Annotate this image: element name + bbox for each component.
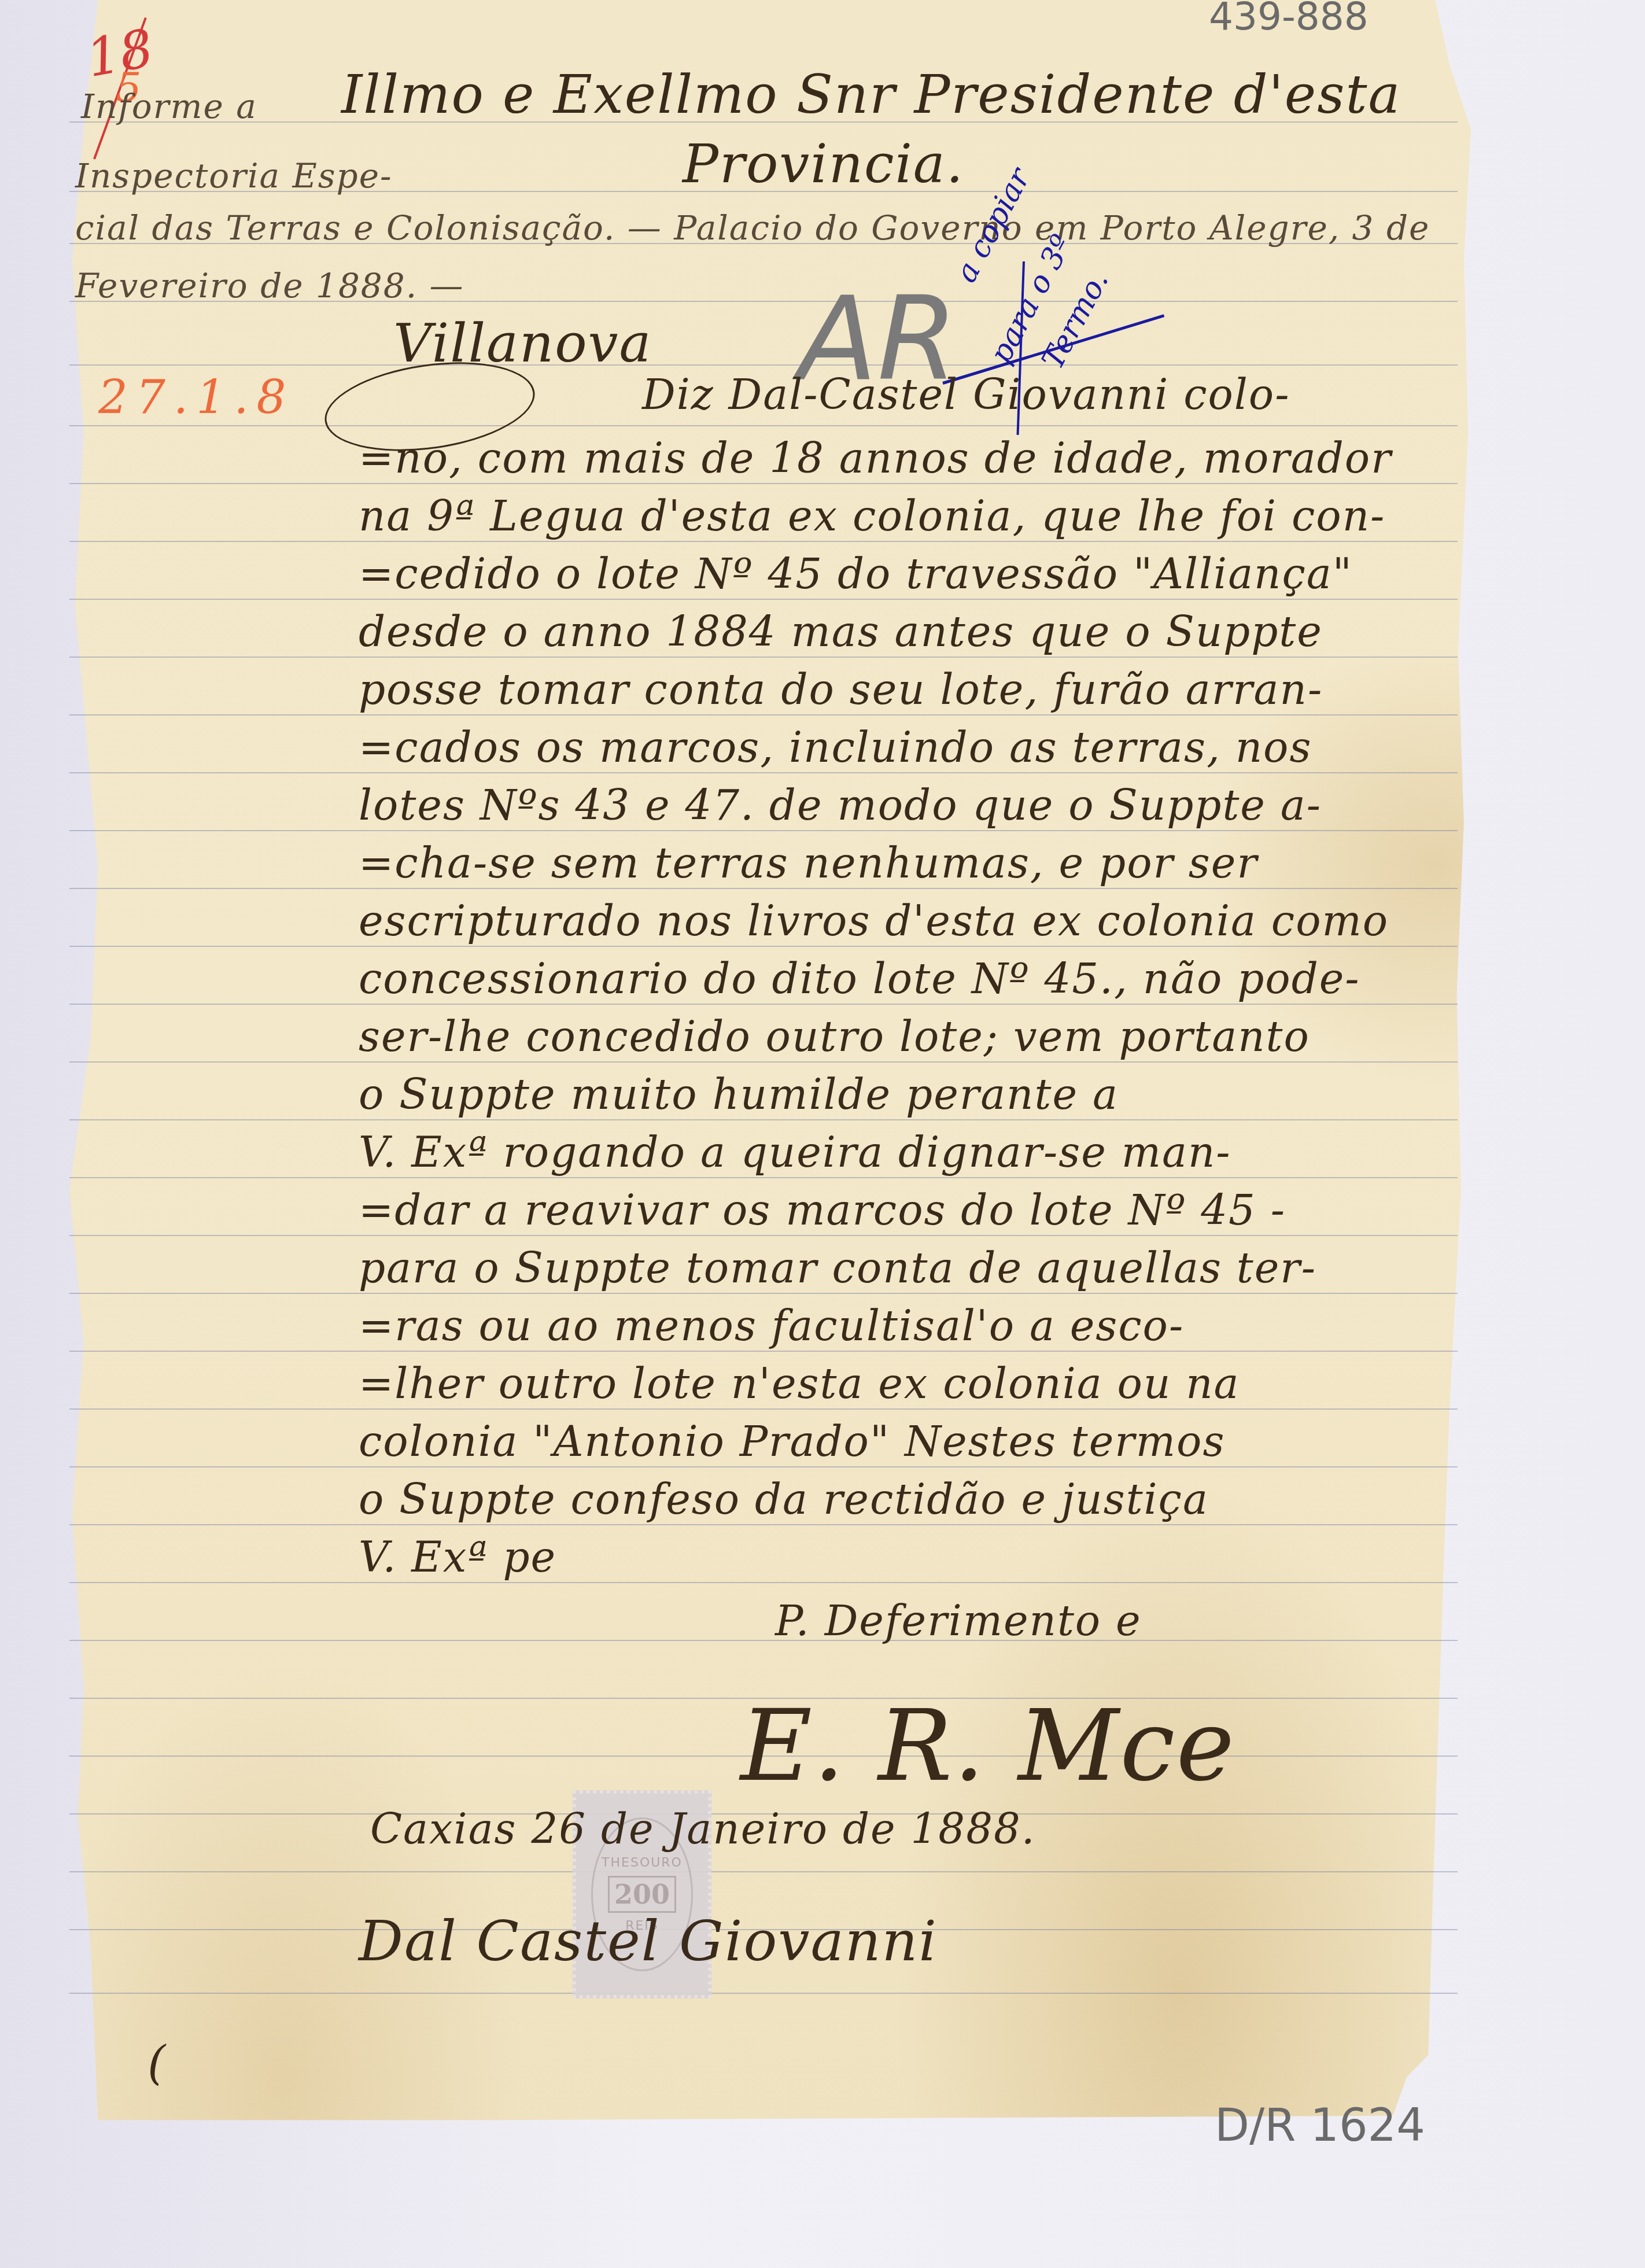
body-line-11: concessionario do dito lote Nº 45., não … [359, 954, 1360, 1003]
body-line-18: =lher outro lote n'esta ex colonia ou na [359, 1359, 1240, 1408]
body-line-6: posse tomar conta do seu lote, furão arr… [359, 665, 1323, 714]
body-line-4: =cedido o lote Nº 45 do travessão "Allia… [359, 550, 1353, 598]
closing-line-2: E. R. Mce [740, 1689, 1235, 1804]
petitioner-signature: Dal Castel Giovanni [359, 1909, 938, 1974]
body-line-2: =no, com mais de 18 annos de idade, mora… [359, 434, 1392, 482]
body-line-13: o Suppte muito humilde perante a [359, 1070, 1119, 1119]
dispatch-line-1: Informe a [81, 87, 257, 126]
stamp-value: 200 [608, 1876, 676, 1913]
body-line-14: V. Exª rogando a queira dignar-se man- [359, 1128, 1231, 1177]
dispatch-line-2: Inspectoria Espe- [75, 156, 393, 196]
stray-ink-mark: ( [147, 2036, 167, 2090]
body-line-3: na 9ª Legua d'esta ex colonia, que lhe f… [359, 492, 1385, 540]
body-line-16: para o Suppte tomar conta de aquellas te… [359, 1244, 1316, 1292]
body-line-5: desde o anno 1884 mas antes que o Suppte [359, 607, 1323, 656]
body-line-21: V. Exª pe [359, 1533, 556, 1581]
margin-note-red-lower: 27.1.8 [98, 370, 294, 424]
stamp-label: THESOURO [602, 1856, 683, 1870]
body-line-9: =cha-se sem terras nenhumas, e por ser [359, 839, 1258, 887]
address-line-2: Provincia. [683, 133, 964, 195]
body-line-17: =ras ou ao menos facultisal'o a esco- [359, 1301, 1184, 1350]
body-line-8: lotes Nºs 43 e 47. de modo que o Suppte … [359, 781, 1322, 829]
body-line-19: colonia "Antonio Prado" Nestes termos [359, 1417, 1225, 1466]
body-line-1: Diz Dal-Castel Giovanni colo- [642, 370, 1290, 419]
closing-line-1: P. Deferimento e [775, 1596, 1142, 1645]
body-line-20: o Suppte confeso da rectidão e justiça [359, 1475, 1209, 1524]
address-line-1: Illmo e Exellmo Snr Presidente d'esta [341, 64, 1401, 126]
archive-number-bottom: D/R 1624 [1215, 2100, 1425, 2152]
body-line-15: =dar a reavivar os marcos do lote Nº 45 … [359, 1186, 1286, 1234]
dispatch-line-4: Fevereiro de 1888. — [75, 266, 464, 305]
body-line-10: escripturado nos livros d'esta ex coloni… [359, 897, 1389, 945]
body-line-7: =cados os marcos, incluindo as terras, n… [359, 723, 1312, 772]
place-date: Caxias 26 de Janeiro de 1888. [370, 1805, 1036, 1853]
dispatch-line-3: cial das Terras e Colonisação. — Palacio… [75, 208, 1430, 248]
archive-number-top: 439-888 [1209, 0, 1369, 39]
body-line-12: ser-lhe concedido outro lote; vem portan… [359, 1012, 1310, 1061]
